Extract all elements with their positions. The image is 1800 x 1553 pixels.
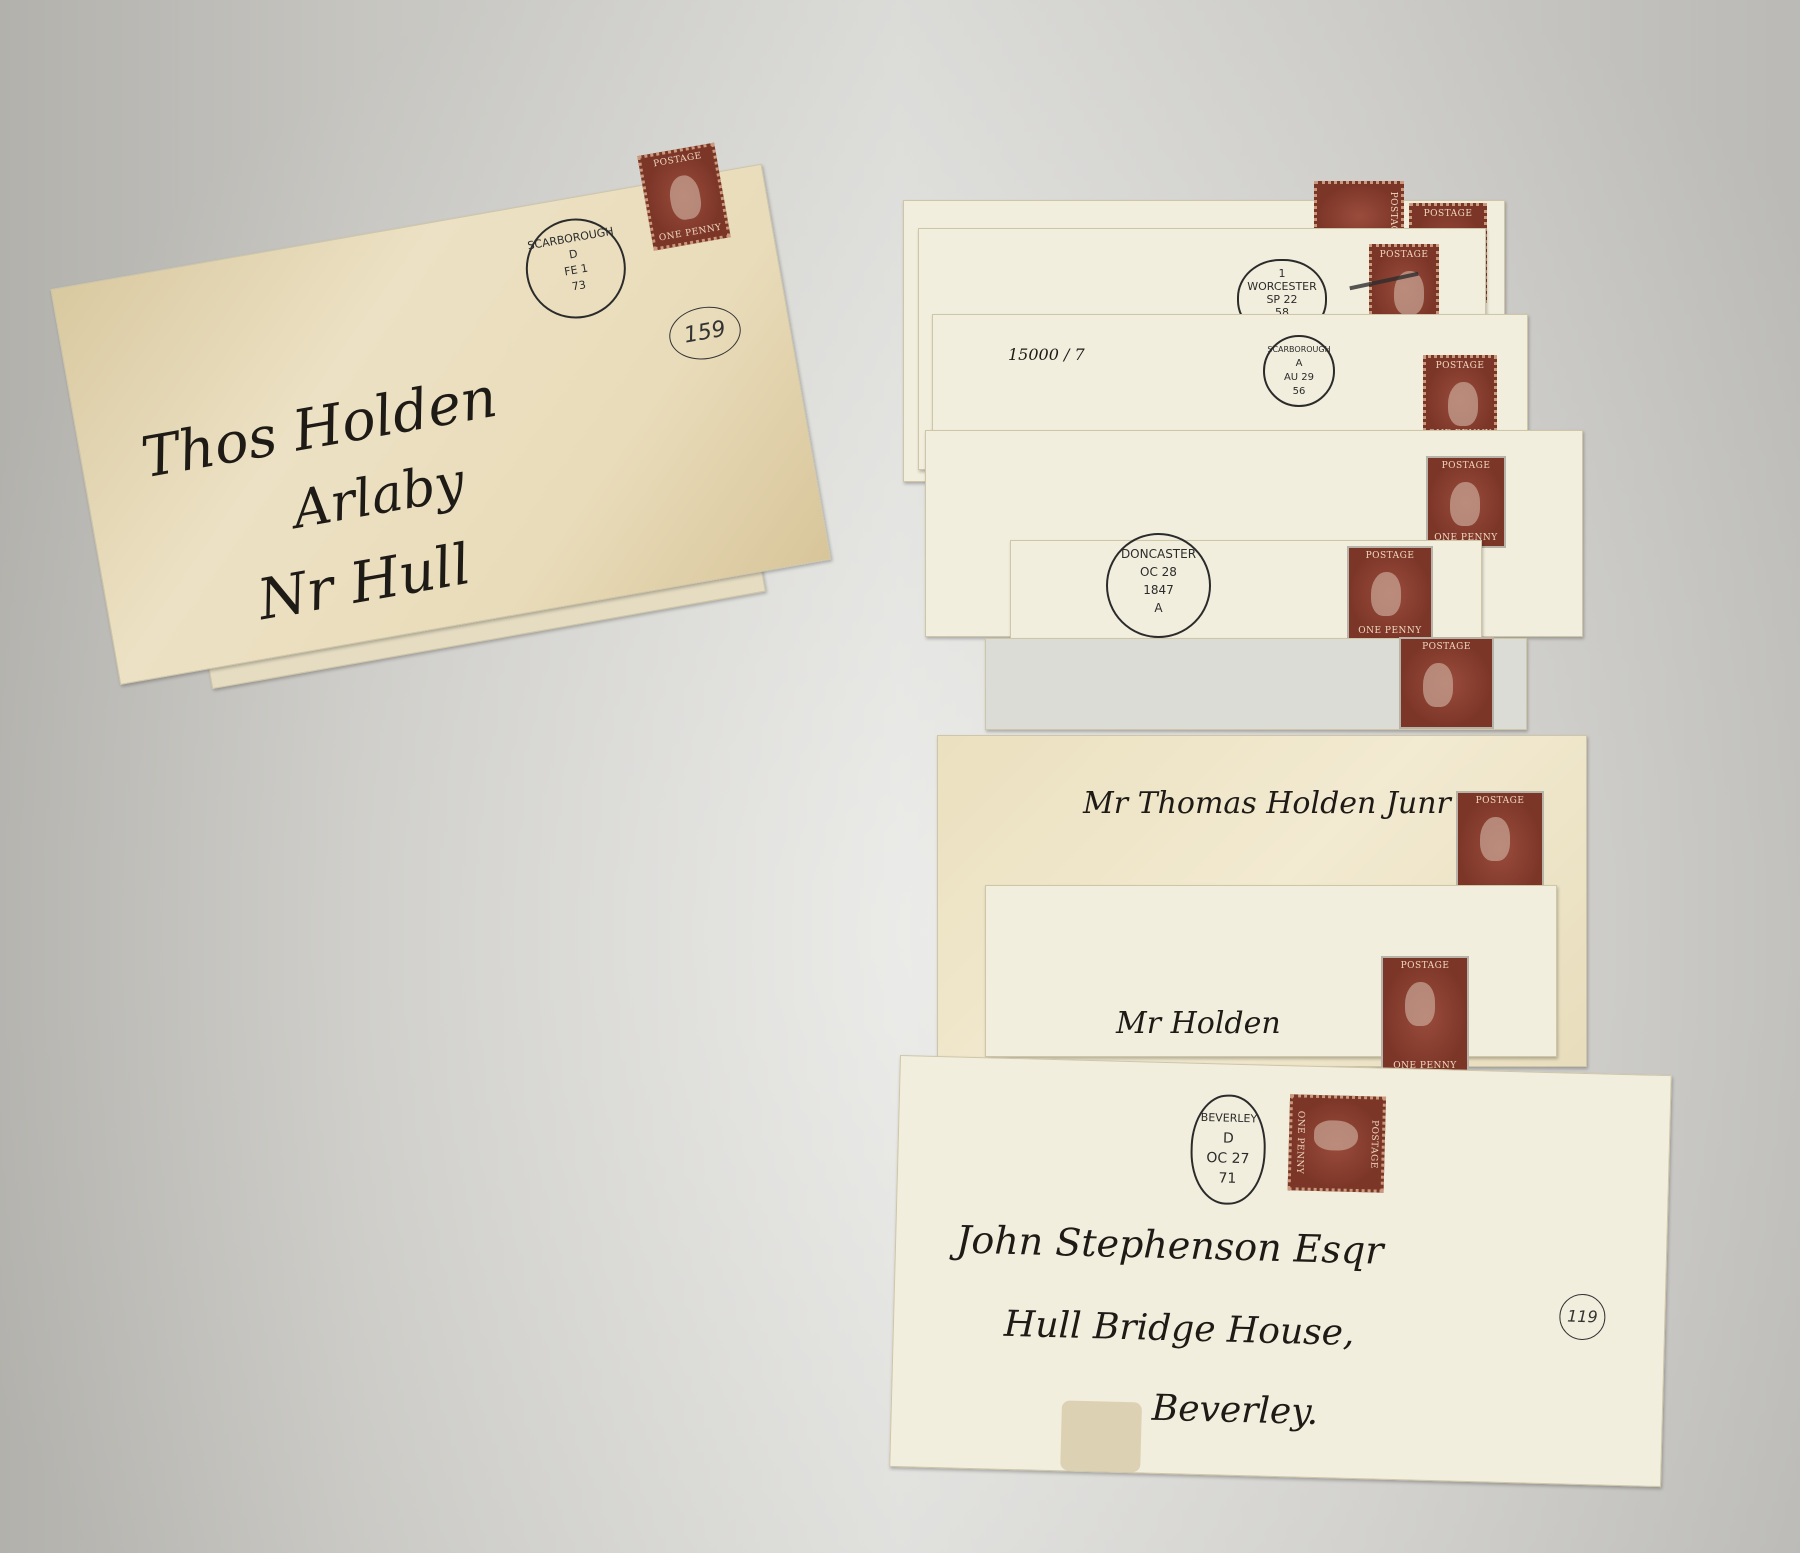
bundle-front-envelope: POSTAGEONE PENNY SCARBOROUGH D FE 1 73 1… [50,164,831,685]
paper-stain [1060,1400,1142,1472]
address: Mr Holden [1116,1006,1281,1041]
address-line-2: Arlaby [288,452,469,541]
scarborough-postmark: SCARBOROUGH A AU 29 56 [1263,335,1335,407]
lot-number: 119 [1559,1293,1606,1340]
beverley-postmark: BEVERLEY D OC 27 71 [1189,1094,1267,1206]
penny-red-stamp: POSTAGEONE PENNY [1347,546,1433,641]
pencil-note: 15000 / 7 [1008,345,1085,364]
lot-number: 159 [665,301,745,365]
scarborough-postmark: SCARBOROUGH D FE 1 73 [518,211,634,327]
penny-red-stamp: POSTAGE [1399,637,1494,729]
cover-doncaster: DONCASTER OC 28 1847 A POSTAGEONE PENNY [1010,540,1482,642]
cover-beverley: BEVERLEY D OC 27 71 POSTAGEONE PENNY Joh… [889,1055,1672,1487]
cover-mr-holden: Mr Holden POSTAGEONE PENNY [985,885,1557,1057]
penny-red-stamp: POSTAGEONE PENNY [1381,956,1469,1076]
cover-blue: POSTAGE [985,638,1527,730]
penny-red-stamp: POSTAGEONE PENNY [1288,1094,1386,1192]
address-line-3: Nr Hull [253,532,475,633]
address-line-3: Beverley. [1151,1388,1318,1433]
address-line-2: Hull Bridge House, [1003,1304,1355,1354]
address-line-1: John Stephenson Esqr [956,1218,1384,1273]
address: Mr Thomas Holden Junr [1083,786,1451,821]
penny-red-stamp: POSTAGEONE PENNY [637,143,730,251]
doncaster-postmark: DONCASTER OC 28 1847 A [1106,533,1211,638]
envelope-bundle: POSTAGEONE PENNY SCARBOROUGH D FE 1 73 1… [40,91,925,781]
cover-scarborough: 15000 / 7 SCARBOROUGH A AU 29 56 POSTAGE… [932,314,1528,446]
penny-red-stamp: POSTAGEONE PENNY [1426,456,1506,548]
